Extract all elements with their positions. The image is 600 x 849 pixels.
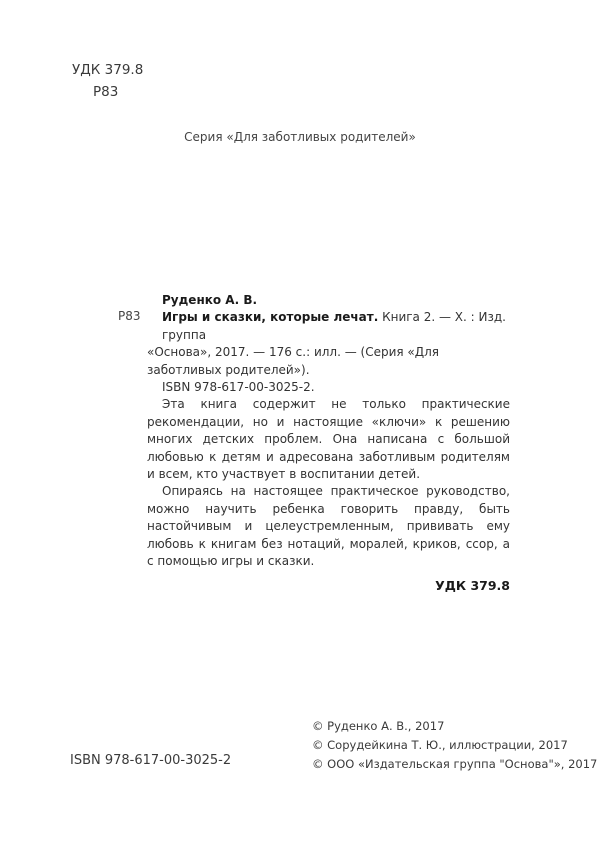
copyright-line: © Руденко А. В., 2017 — [312, 717, 597, 736]
copyright-line: © Сорудейкина Т. Ю., иллюстрации, 2017 — [312, 736, 597, 755]
author-mark-top: Р83 — [93, 84, 118, 100]
record-imprint-2: «Основа», 2017. — 176 с.: илл. — (Серия … — [147, 344, 510, 379]
record-title: Игры и сказки, которые лечат. — [162, 310, 378, 324]
annotation-paragraph-1: Эта книга содержит не только практически… — [147, 396, 510, 483]
udk-code-bottom: УДК 379.8 — [162, 577, 510, 594]
record-title-line: Игры и сказки, которые лечат. Книга 2. —… — [162, 309, 510, 344]
author-mark-side: Р83 — [118, 309, 141, 323]
series-title: Серия «Для заботливых родителей» — [0, 130, 600, 144]
record-isbn: ISBN 978-617-00-3025-2. — [162, 379, 510, 396]
copyright-block: © Руденко А. В., 2017 © Сорудейкина Т. Ю… — [312, 717, 597, 774]
bibliographic-record: Руденко А. В. Игры и сказки, которые леч… — [162, 292, 510, 594]
copyright-line: © ООО «Издательская группа "Основа"», 20… — [312, 755, 597, 774]
udk-code-top: УДК 379.8 — [72, 62, 143, 78]
record-author: Руденко А. В. — [162, 292, 510, 309]
isbn-footer: ISBN 978-617-00-3025-2 — [70, 753, 231, 768]
annotation-paragraph-2: Опираясь на настоящее практическое руков… — [147, 483, 510, 570]
